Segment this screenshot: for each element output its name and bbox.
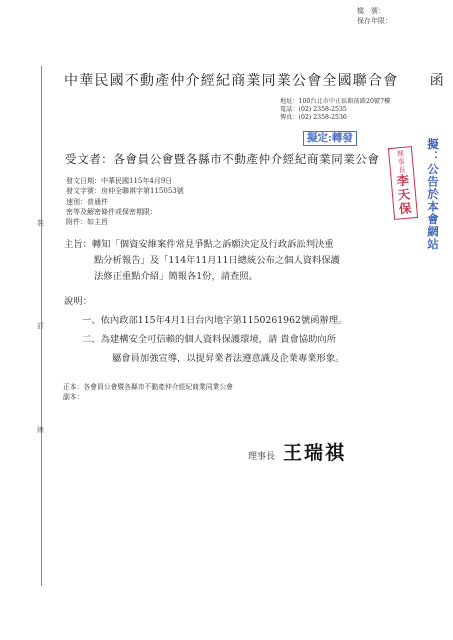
fax: 傳真：(02) 2358-2536 [280, 114, 390, 122]
chairman-seal: 理 事 長 李 天 保 [388, 146, 418, 220]
item-text: 依內政部115年4月1日台內地字第1150261962號函辦理。 [101, 315, 348, 326]
recipient: 受文者：各會員公會暨各縣市不動產仲介經紀商業同業公會 [65, 151, 380, 167]
subject-label: 主旨： [64, 239, 92, 250]
item-number: 二、 [82, 334, 101, 345]
issuance-info: 發文日期：中華民國115年4月9日 發文字號：房仲全聯祺字第115053號 速別… [66, 176, 184, 227]
binding-mark-zhuang: 裝 [37, 218, 44, 228]
reference-number: 發文字號：房仲全聯祺字第115053號 [66, 186, 184, 196]
signature-title: 理事長 [248, 449, 275, 462]
recipient-value: 各會員公會暨各縣市不動產仲介經紀商業同業公會 [113, 152, 379, 166]
binding-mark-ding: 訂 [37, 321, 44, 331]
copy-recipients: 副本： [63, 392, 233, 402]
explanation-item-2: 二、為建構安全可信賴的個人資料保護環境，請 貴會協助向所 [64, 332, 347, 348]
retention-label: 保存年限： [357, 16, 392, 26]
signature-name: 王瑞祺 [283, 438, 346, 465]
explanation-label: 說明： [64, 294, 347, 310]
binding-mark-xian: 線 [37, 425, 44, 435]
attachment: 附件：如主旨 [66, 217, 184, 227]
signature-block: 理事長 王瑞祺 [248, 438, 346, 465]
org-name: 中華民國不動產仲介經紀商業同業公會全國聯合會 [64, 73, 398, 89]
subject-line-3: 法修正重點介紹」簡報各1份，請查照。 [64, 269, 340, 285]
main-recipients: 正本：各會員公會暨各縣市不動產仲介經紀商業同業公會 [63, 382, 233, 392]
subject-line-2: 點分析報告」及「114年11月11日總統公布之個人資料保護 [64, 253, 340, 269]
doc-type: 函 [430, 73, 445, 89]
issue-date: 發文日期：中華民國115年4月9日 [66, 176, 184, 186]
explanation-block: 說明： 一、依內政部115年4月1日台內地字第1150261962號函辦理。 二… [64, 294, 347, 367]
explanation-item-1: 一、依內政部115年4月1日台內地字第1150261962號函辦理。 [64, 313, 347, 329]
distribution-block: 正本：各會員公會暨各縣市不動產仲介經紀商業同業公會 副本： [63, 382, 233, 402]
recipient-label: 受文者： [65, 152, 113, 166]
approval-stamp: 擬定:轉發 [303, 131, 357, 146]
contact-block: 地址：100台北市中正區館前路20號7樓 電話：(02) 2358-2535 傳… [280, 98, 390, 123]
file-number-label: 檔 號： [357, 6, 392, 16]
subject-line-1: 轉知「個資安維案件常見爭點之訴願決定及行政訴訟判決重 [92, 239, 334, 250]
explanation-item-2-cont: 屬會員加強宣導，以提昇業者法遵意識及企業專業形象。 [64, 351, 347, 367]
address: 地址：100台北市中正區館前路20號7樓 [280, 98, 390, 106]
item-number: 一、 [82, 315, 101, 326]
file-meta: 檔 號： 保存年限： [357, 6, 392, 26]
document-title: 中華民國不動產仲介經紀商業同業公會全國聯合會 函 [64, 70, 445, 90]
item-text: 為建構安全可信賴的個人資料保護環境，請 貴會協助向所 [101, 334, 336, 345]
security-class: 密等及解密條件或保密期限： [66, 207, 184, 217]
subject-block: 主旨：轉知「個資安維案件常見爭點之訴願決定及行政訴訟判決重 點分析報告」及「11… [64, 237, 340, 285]
speed-class: 速別：普通件 [66, 197, 184, 207]
handwritten-note: 擬：公告於本會網站 [425, 138, 441, 251]
